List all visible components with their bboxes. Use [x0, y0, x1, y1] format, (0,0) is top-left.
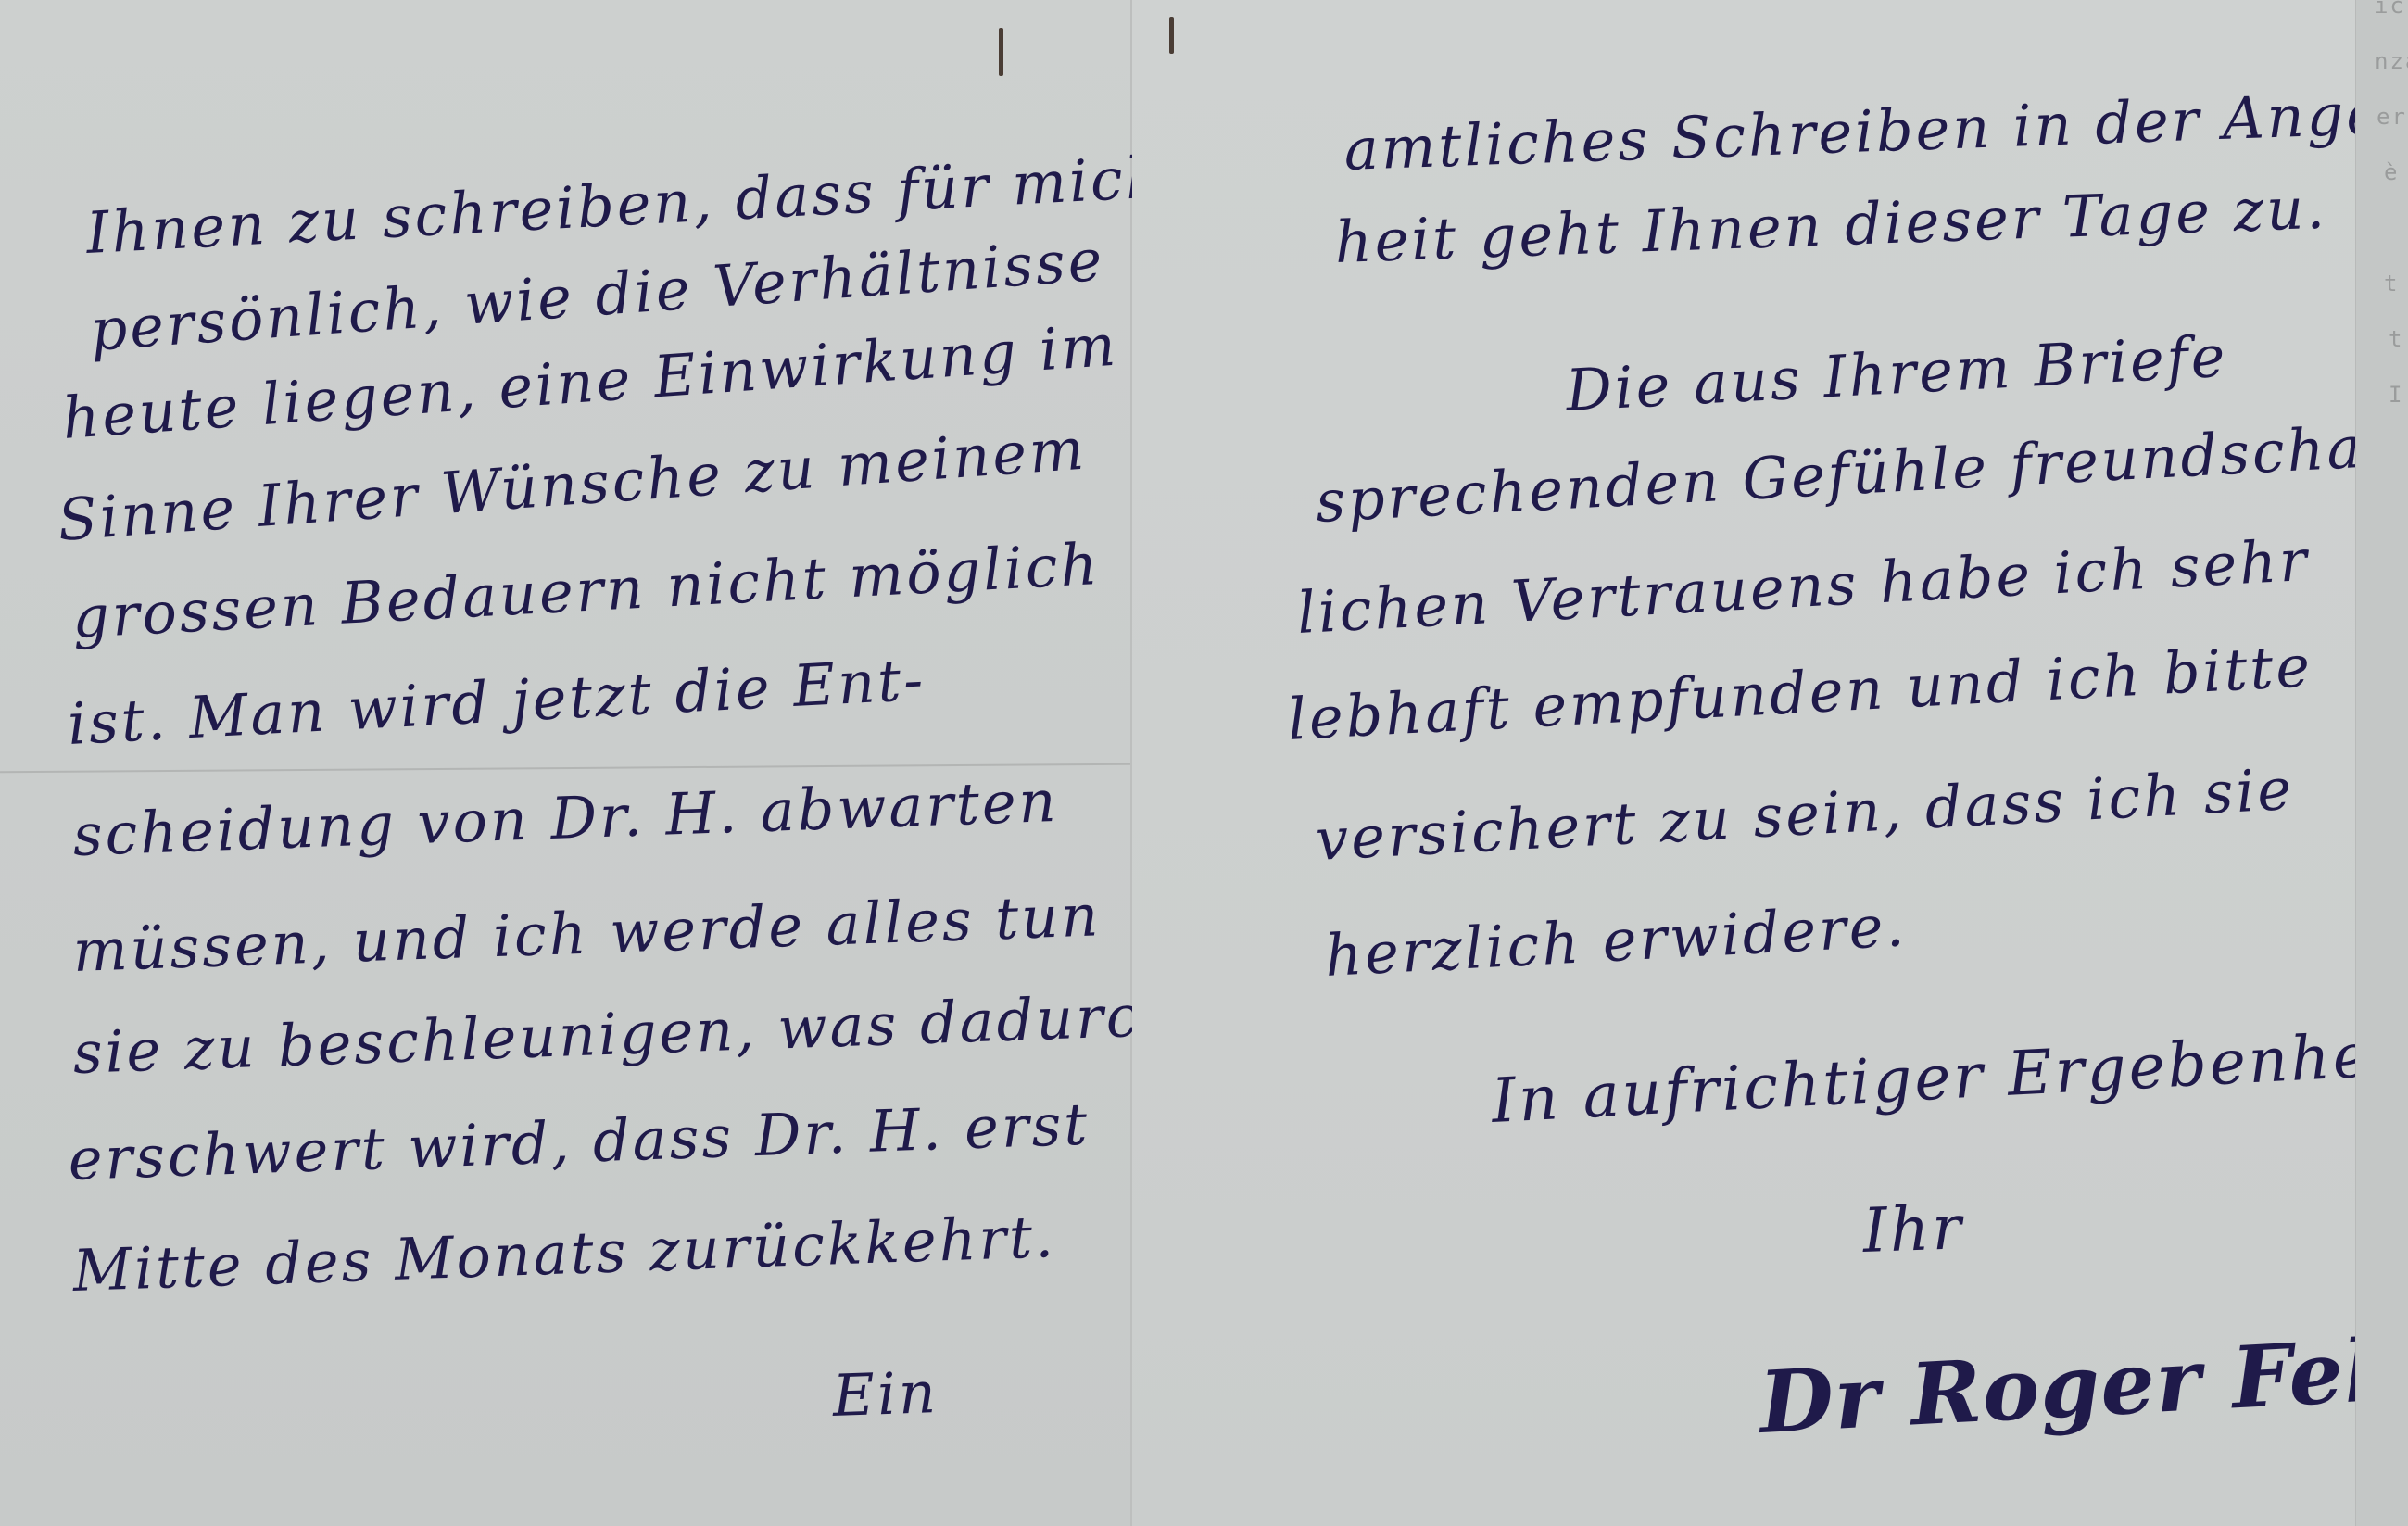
tack-mark — [1169, 17, 1174, 54]
left-line-9: sie zu beschleunigen, was dadurch — [71, 980, 1181, 1087]
left-line-12: Ein — [831, 1358, 939, 1430]
typed-fragment: ic — [2375, 0, 2405, 19]
signature: Dr Roger Fehling — [1757, 1309, 2408, 1453]
right-line-7: versichert zu sein, dass ich sie — [1314, 755, 2295, 874]
closing-salutation: In aufrichtiger Ergebenheit — [1490, 1017, 2408, 1137]
typed-fragment: è — [2384, 159, 2399, 185]
typed-fragment: t — [2384, 271, 2399, 296]
left-line-8: müssen, und ich werde alles tun — [71, 881, 1102, 985]
right-line-6: lebhaft empfunden und ich bitte — [1286, 632, 2313, 753]
left-line-6: ist. Man wird jetzt die Ent- — [66, 646, 927, 758]
closing-ihr: Ihr — [1861, 1192, 1965, 1267]
left-line-11: Mitte des Monats zurückkehrt. — [71, 1203, 1056, 1305]
right-line-3: Die aus Ihrem Briefe — [1564, 322, 2229, 424]
right-line-2: heit geht Ihnen dieser Tage zu. — [1333, 174, 2328, 276]
left-line-7: scheidung von Dr. H. abwarten — [71, 767, 1059, 869]
right-line-4: sprechenden Gefühle freundschaft- — [1314, 410, 2408, 536]
typed-fragment: I — [2389, 382, 2403, 408]
right-line-1: amtliches Schreiben in der Angelegen- — [1343, 73, 2408, 183]
typed-fragment: t — [2389, 326, 2403, 352]
right-line-5: lichen Vertrauens habe ich sehr — [1295, 526, 2311, 647]
typed-fragment: nza — [2375, 48, 2408, 74]
typed-fragment: er — [2376, 104, 2407, 130]
tack-mark — [999, 28, 1003, 76]
left-line-5: grossen Bedauern nicht möglich — [70, 530, 1102, 651]
underlying-typed-page: ic nza er è t t I — [2355, 0, 2408, 1526]
right-line-8: herzlich erwidere. — [1323, 891, 1909, 990]
left-line-10: erschwert wird, dass Dr. H. erst — [67, 1091, 1091, 1193]
letter-page-left: Ihnen zu schreiben, dass für mich persön… — [0, 0, 1132, 1526]
letter-page-right: amtliches Schreiben in der Angelegen- he… — [1132, 0, 2355, 1526]
letter-photo: Ihnen zu schreiben, dass für mich persön… — [0, 0, 2408, 1526]
